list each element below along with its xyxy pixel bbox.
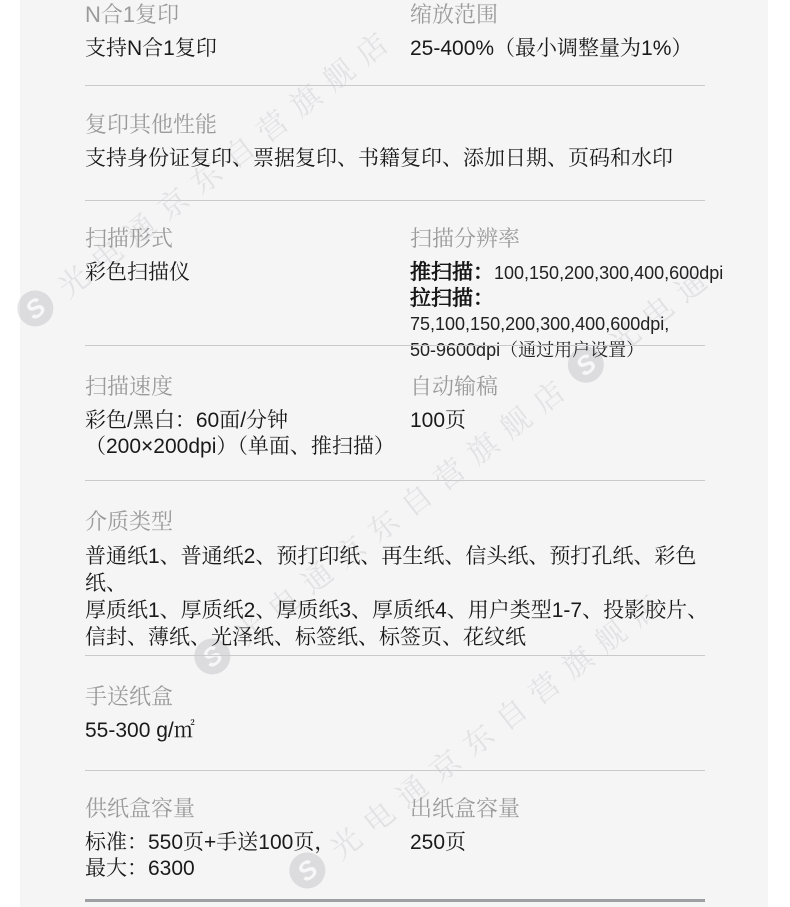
spec-value: 信封、薄纸、光泽纸、标签纸、标签页、花纹纸 (85, 624, 725, 651)
spec-title: 缩放范围 (410, 2, 725, 28)
section-divider (85, 85, 705, 86)
spec-title: 供纸盒容量 (85, 796, 410, 822)
spec-value: 厚质纸1、厚质纸2、厚质纸3、厚质纸4、用户类型1-7、投影胶片、 (85, 597, 725, 624)
spec-section-bypass-tray: 手送纸盒 55-300 g/㎡ (85, 684, 725, 744)
spec-col: 扫描分辨率 推扫描：100,150,200,300,400,600dpi 拉扫描… (410, 226, 725, 363)
spec-col: 介质类型 普通纸1、普通纸2、预打印纸、再生纸、信头纸、预打孔纸、彩色纸、 厚质… (85, 509, 725, 651)
spec-title: 扫描分辨率 (410, 226, 725, 252)
spec-value: （200×200dpi）（单面、推扫描） (85, 434, 410, 460)
page-right-margin (768, 0, 790, 907)
spec-col: 自动输稿 100页 (410, 374, 725, 460)
spec-value: 50-9600dpi（通过用户设置） (410, 337, 725, 363)
spec-value: 250页 (410, 830, 725, 856)
spec-title: 扫描形式 (85, 226, 410, 252)
spec-section-scan: 扫描形式 彩色扫描仪 扫描分辨率 推扫描：100,150,200,300,400… (85, 226, 725, 363)
spec-col: 扫描速度 彩色/黑白：60面/分钟 （200×200dpi）（单面、推扫描） (85, 374, 410, 460)
spec-section-media-types: 介质类型 普通纸1、普通纸2、预打印纸、再生纸、信头纸、预打孔纸、彩色纸、 厚质… (85, 509, 725, 651)
spec-value: 彩色/黑白：60面/分钟 (85, 408, 410, 434)
spec-value: 100页 (410, 408, 725, 434)
section-divider (85, 655, 705, 656)
bottom-separator-bar (85, 899, 705, 902)
spec-section-copy-other: 复印其他性能 支持身份证复印、票据复印、书籍复印、添加日期、页码和水印 (85, 112, 725, 172)
spec-title: 复印其他性能 (85, 112, 725, 138)
section-divider (85, 200, 705, 201)
spec-sub-label: 拉扫描： (410, 287, 494, 310)
section-divider (85, 345, 705, 346)
spec-value: 支持N合1复印 (85, 36, 410, 62)
product-spec-page: S光电通京东自营旗舰店 S光电通京东自营旗舰店S光电通 S光电通京东自营旗舰店 … (0, 0, 790, 907)
spec-value: 55-300 g/㎡ (85, 718, 725, 744)
spec-section-paper-capacity: 供纸盒容量 标准：550页+手送100页， 最大：6300 出纸盒容量 250页 (85, 796, 725, 882)
spec-value: 25-400%（最小调整量为1%） (410, 36, 725, 62)
spec-sub-label: 推扫描： (410, 261, 494, 284)
spec-title: 自动输稿 (410, 374, 725, 400)
spec-section-scan-speed: 扫描速度 彩色/黑白：60面/分钟 （200×200dpi）（单面、推扫描） 自… (85, 374, 725, 460)
spec-col: 供纸盒容量 标准：550页+手送100页， 最大：6300 (85, 796, 410, 882)
spec-value: 普通纸1、普通纸2、预打印纸、再生纸、信头纸、预打孔纸、彩色纸、 (85, 543, 725, 597)
spec-col: 出纸盒容量 250页 (410, 796, 725, 882)
spec-value: 拉扫描：75,100,150,200,300,400,600dpi, (410, 286, 725, 337)
spec-value: 最大：6300 (85, 856, 410, 882)
spec-section-n-in-1-copy: N合1复印 支持N合1复印 缩放范围 25-400%（最小调整量为1%） (85, 2, 725, 62)
spec-title: 手送纸盒 (85, 684, 725, 710)
spec-col: 手送纸盒 55-300 g/㎡ (85, 684, 725, 744)
spec-sub-value: 50-9600dpi（通过用户设置） (410, 340, 644, 360)
page-left-margin (0, 0, 20, 907)
spec-col: 扫描形式 彩色扫描仪 (85, 226, 410, 363)
spec-sub-value: 75,100,150,200,300,400,600dpi, (410, 314, 669, 334)
spec-col: 复印其他性能 支持身份证复印、票据复印、书籍复印、添加日期、页码和水印 (85, 112, 725, 172)
spec-title: N合1复印 (85, 2, 410, 28)
spec-sub-value: 100,150,200,300,400,600dpi (494, 263, 723, 283)
spec-value: 彩色扫描仪 (85, 260, 410, 286)
spec-title: 扫描速度 (85, 374, 410, 400)
spec-col: N合1复印 支持N合1复印 (85, 2, 410, 62)
section-divider (85, 770, 705, 771)
spec-title: 介质类型 (85, 509, 725, 535)
spec-col: 缩放范围 25-400%（最小调整量为1%） (410, 2, 725, 62)
spec-value: 推扫描：100,150,200,300,400,600dpi (410, 260, 725, 286)
section-divider (85, 480, 705, 481)
spec-value: 支持身份证复印、票据复印、书籍复印、添加日期、页码和水印 (85, 146, 725, 172)
spec-value: 标准：550页+手送100页， (85, 830, 410, 856)
spec-title: 出纸盒容量 (410, 796, 725, 822)
